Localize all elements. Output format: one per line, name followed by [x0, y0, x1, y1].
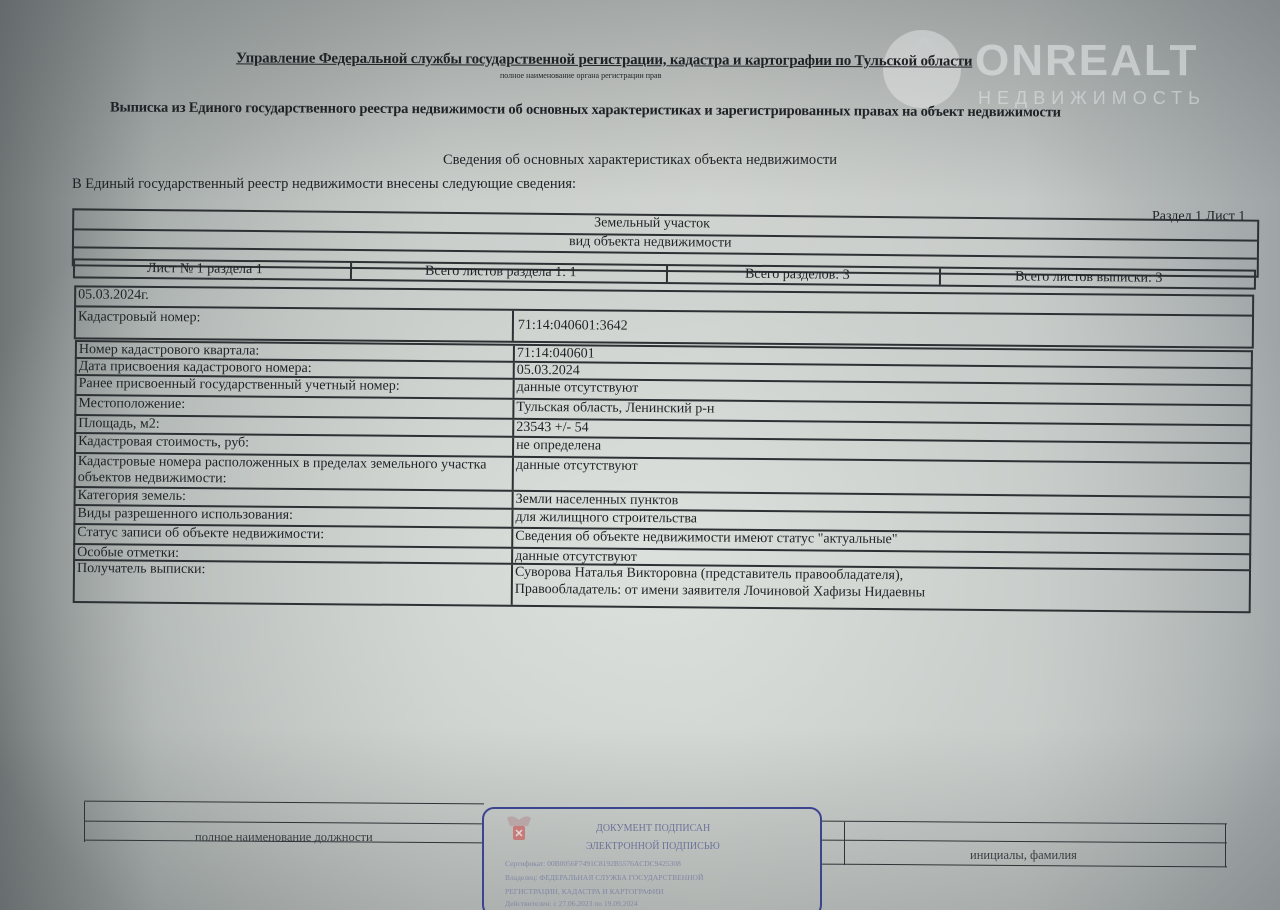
- org-caption: полное наименование органа регистрации п…: [500, 71, 661, 80]
- stamp-owner: Владелец: ФЕДЕРАЛЬНАЯ СЛУЖБА ГОСУДАРСТВЕ…: [505, 873, 703, 882]
- object-type-caption: вид объекта недвижимости: [569, 234, 732, 252]
- name-caption: инициалы, фамилия: [970, 848, 1077, 863]
- intro-text: В Единый государственный реестр недвижим…: [72, 176, 576, 193]
- position-caption: полное наименование должности: [195, 830, 373, 845]
- property-label: Кадастровые номера расположенных в преде…: [78, 454, 508, 490]
- extract-title: Выписка из Единого государственного реес…: [110, 100, 1061, 122]
- divider: [511, 549, 513, 563]
- extract-date: 05.03.2024г.: [78, 287, 149, 304]
- org-name: Управление Федеральной службы государств…: [236, 50, 972, 70]
- section-title: Сведения об основных характеристиках объ…: [443, 152, 837, 169]
- stamp-owner-cont: РЕГИСТРАЦИИ, КАДАСТРА И КАРТОГРАФИИ: [505, 887, 664, 896]
- divider: [666, 266, 668, 282]
- divider: [76, 305, 1252, 316]
- divider: [513, 363, 515, 378]
- stamp-line2: ЭЛЕКТРОННОЙ ПОДПИСЬЮ: [586, 841, 720, 852]
- property-label: Местоположение:: [78, 396, 508, 416]
- property-value: Сведения об объекте недвижимости имеют с…: [515, 529, 897, 548]
- cadastral-number-label: Кадастровый номер:: [78, 309, 201, 326]
- sig-line: [822, 840, 1227, 844]
- property-value-cont: Правообладатель: от имени заявителя Лочи…: [515, 582, 925, 602]
- divider: [512, 400, 514, 418]
- property-value: не определена: [516, 438, 601, 455]
- sig-line: [844, 822, 845, 865]
- total-sections: Всего разделов: 3: [745, 267, 850, 284]
- date-cadastral-box: 05.03.2024г. Кадастровый номер: 71:14:04…: [74, 285, 1254, 348]
- divider: [513, 346, 515, 361]
- sig-line: [1225, 824, 1226, 867]
- divider: [511, 510, 513, 527]
- divider: [512, 458, 514, 490]
- divider: [511, 565, 513, 605]
- coat-of-arms-icon: [504, 812, 534, 846]
- property-label: Ранее присвоенный государственный учетны…: [79, 376, 509, 396]
- sig-line: [84, 821, 484, 825]
- divider: [511, 529, 513, 547]
- cadastral-number: 71:14:040601:3642: [518, 318, 628, 335]
- divider: [350, 263, 352, 279]
- object-type: Земельный участок: [594, 215, 710, 232]
- property-row: Получатель выписки:Суворова Наталья Викт…: [73, 559, 1251, 613]
- property-value: данные отсутствуют: [516, 458, 638, 475]
- stamp-line1: ДОКУМЕНТ ПОДПИСАН: [596, 823, 710, 834]
- divider: [939, 269, 941, 285]
- sig-line: [822, 821, 1227, 825]
- sig-line: [84, 802, 85, 842]
- property-label: Кадастровая стоимость, руб:: [78, 434, 508, 454]
- property-value: 23543 +/- 54: [516, 420, 589, 437]
- property-value: Земли населенных пунктов: [516, 492, 679, 509]
- sig-line: [84, 801, 484, 805]
- stamp-certificate: Сертификат: 00B0056F7491C8192B5576ACDC94…: [505, 859, 681, 868]
- sig-line: [822, 864, 1227, 868]
- property-value: Суворова Наталья Викторовна (представите…: [515, 565, 903, 584]
- total-sheets-extract: Всего листов выписки: 3: [1015, 269, 1163, 286]
- divider: [512, 492, 514, 508]
- property-label: Получатель выписки:: [77, 561, 507, 581]
- property-value: для жилищного строительства: [515, 510, 697, 528]
- property-value: Тульская область, Ленинский р-н: [516, 400, 714, 418]
- divider: [513, 380, 515, 398]
- divider: [512, 311, 514, 341]
- property-value: данные отсутствуют: [517, 380, 639, 397]
- divider: [512, 438, 514, 456]
- watermark-brand: ONREALT: [975, 36, 1198, 86]
- total-sheets-section: Всего листов раздела 1: 1: [425, 264, 577, 281]
- property-label: Статус записи об объекте недвижимости:: [77, 525, 507, 545]
- property-value: 05.03.2024: [517, 363, 580, 380]
- divider: [512, 420, 514, 436]
- sheet-number: Лист № 1 раздела 1: [147, 261, 263, 278]
- stamp-validity: Действителен: с 27.06.2023 по 19.09.2024: [505, 899, 638, 908]
